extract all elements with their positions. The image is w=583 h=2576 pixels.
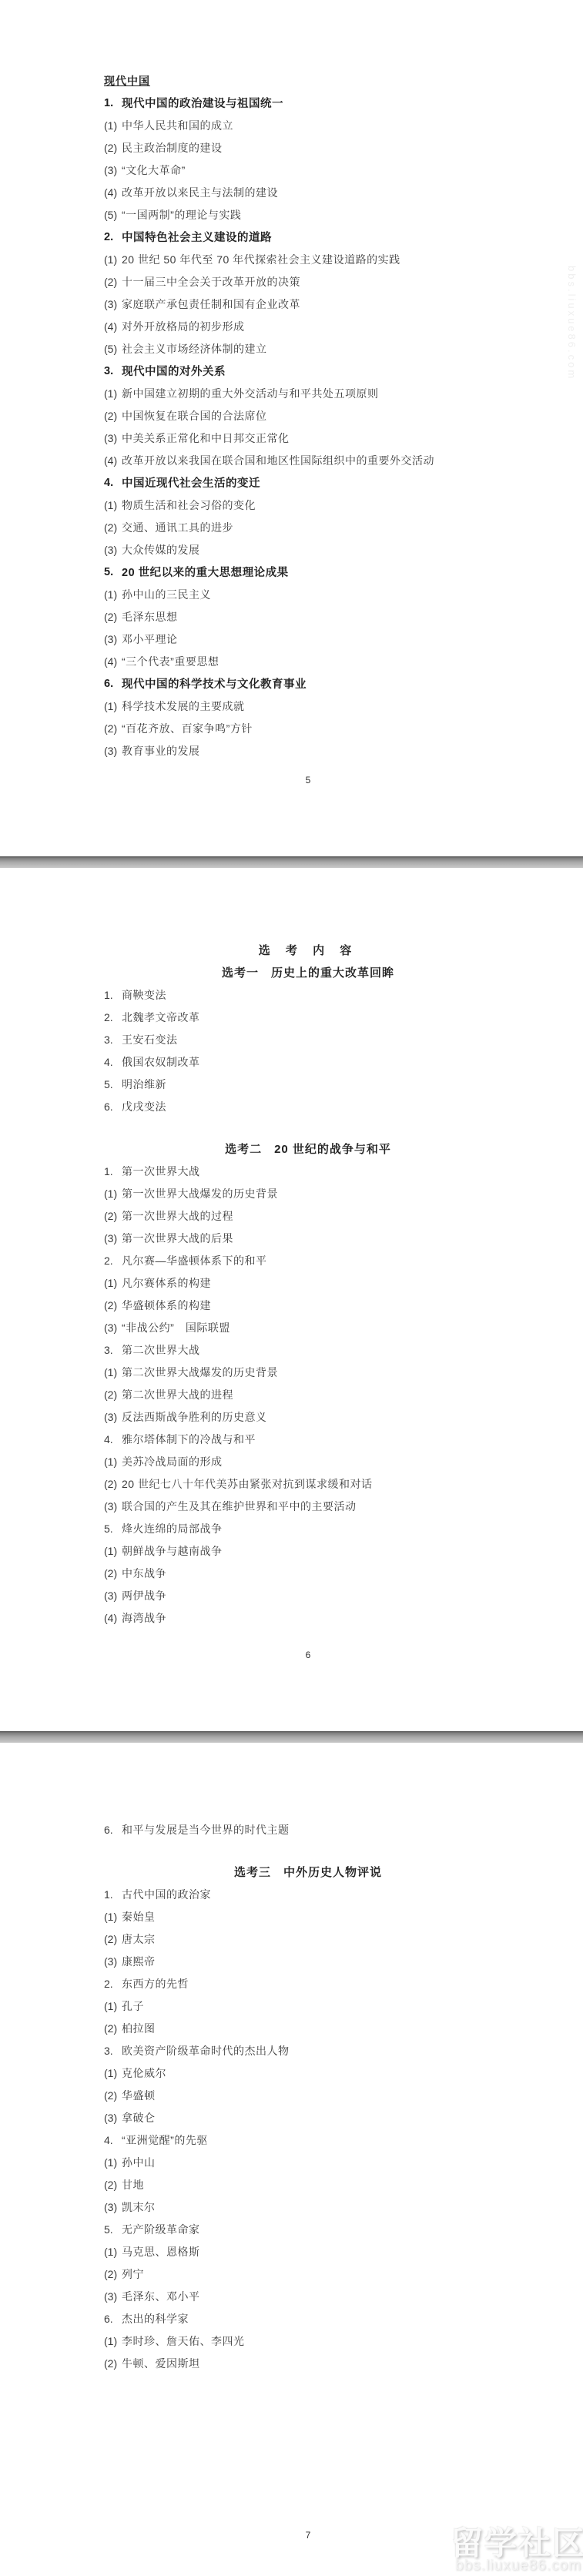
item-number: (3): [104, 633, 122, 645]
item-text: 20 世纪以来的重大思想理论成果: [122, 564, 289, 580]
outline-item: (2)华盛顿: [0, 2084, 583, 2106]
item-number: (1): [104, 119, 122, 132]
outline-item: (4)对外开放格局的初步形成: [0, 315, 583, 337]
outline-item: (2)第二次世界大战的进程: [0, 1383, 583, 1405]
item-text: 北魏孝文帝改革: [122, 1010, 200, 1025]
outline-item: (1)孙中山的三民主义: [0, 583, 583, 605]
item-number: (2): [104, 2179, 122, 2191]
item-number: (2): [104, 276, 122, 288]
item-text: 凡尔赛—华盛顿体系下的和平: [122, 1253, 267, 1268]
item-text: 现代中国的政治建设与祖国统一: [122, 95, 283, 111]
outline-item: 4.“亚洲觉醒”的先驱: [0, 2129, 583, 2151]
item-text: 中国近现代社会生活的变迁: [122, 474, 260, 491]
outline-item: 5.烽火连绵的局部战争: [0, 1517, 583, 1539]
edge-watermark: bbs.liuxue86.com: [566, 266, 578, 380]
item-text: 马克思、恩格斯: [122, 2244, 200, 2259]
item-number: 5.: [104, 566, 122, 578]
item-text: 联合国的产生及其在维护世界和平中的主要活动: [122, 1499, 357, 1514]
item-text: 毛泽东、邓小平: [122, 2289, 200, 2304]
item-number: (1): [104, 2067, 122, 2079]
item-number: (3): [104, 544, 122, 556]
item-text: 孔子: [122, 1998, 144, 2014]
item-text: “亚洲觉醒”的先驱: [122, 2132, 208, 2148]
item-number: (2): [104, 142, 122, 154]
item-text: 朝鲜战争与越南战争: [122, 1543, 223, 1559]
outline-item: (3)凯末尔: [0, 2196, 583, 2218]
item-text: 克伦威尔: [122, 2065, 166, 2081]
item-text: 邓小平理论: [122, 631, 178, 647]
item-text: 中美关系正常化和中日邦交正常化: [122, 430, 290, 446]
outline-item: (2)中国恢复在联合国的合法席位: [0, 404, 583, 427]
item-text: 社会主义市场经济体制的建立: [122, 341, 267, 357]
watermark-url: bbs.liuxue86.com: [451, 2558, 583, 2573]
item-text: “文化大革命”: [122, 162, 186, 178]
outline-item: (3)中美关系正常化和中日邦交正常化: [0, 427, 583, 449]
item-text: “百花齐放、百家争鸣”方针: [122, 721, 253, 736]
item-text: 李时珍、詹天佑、李四光: [122, 2333, 245, 2349]
outline-item: (3)两伊战争: [0, 1584, 583, 1606]
outline-item: (2)“百花齐放、百家争鸣”方针: [0, 717, 583, 739]
item-number: 1.: [104, 1165, 122, 1177]
item-number: (3): [104, 2112, 122, 2124]
outline-item: (2)甘地: [0, 2173, 583, 2196]
outline-item: (1)凡尔赛体系的构建: [0, 1271, 583, 1294]
item-number: 4.: [104, 477, 122, 489]
item-number: 3.: [104, 1344, 122, 1356]
item-text: 俄国农奴制改革: [122, 1054, 200, 1070]
item-number: 5.: [104, 1522, 122, 1535]
item-number: (1): [104, 2246, 122, 2258]
item-text: 毛泽东思想: [122, 609, 178, 625]
center-heading-row: 选考三 中外历史人物评说: [0, 1861, 583, 1883]
item-number: 6.: [104, 678, 122, 690]
section-heading: 4.中国近现代社会生活的变迁: [0, 471, 583, 494]
item-number: 1.: [104, 97, 122, 109]
item-number: 6.: [104, 2313, 122, 2325]
item-text: 家庭联产承包责任制和国有企业改革: [122, 296, 300, 312]
item-text: “三个代表”重要思想: [122, 654, 219, 669]
outline-item: (3)大众传媒的发展: [0, 538, 583, 561]
item-text: 中东战争: [122, 1566, 166, 1581]
outline-item: (2)第一次世界大战的过程: [0, 1204, 583, 1227]
item-text: 现代中国的科学技术与文化教育事业: [122, 675, 307, 692]
item-number: (3): [104, 1321, 122, 1334]
outline-item: (3)反法西斯战争胜利的历史意义: [0, 1405, 583, 1428]
item-text: 第一次世界大战爆发的历史背景: [122, 1186, 278, 1201]
document-page: 现代中国1.现代中国的政治建设与祖国统一(1)中华人民共和国的成立(2)民主政治…: [0, 0, 583, 856]
item-text: 戊戌变法: [122, 1099, 166, 1114]
item-text: 古代中国的政治家: [122, 1887, 211, 1902]
item-text: 烽火连绵的局部战争: [122, 1521, 223, 1536]
item-text: 雅尔塔体制下的冷战与和平: [122, 1432, 256, 1447]
outline-item: (1)第一次世界大战爆发的历史背景: [0, 1182, 583, 1204]
item-number: (2): [104, 1567, 122, 1579]
item-text: 改革开放以来民主与法制的建设: [122, 185, 278, 200]
item-number: 3.: [104, 2045, 122, 2057]
item-number: (3): [104, 432, 122, 444]
outline-item: (5)社会主义市场经济体制的建立: [0, 337, 583, 360]
item-number: (3): [104, 1232, 122, 1244]
item-number: (3): [104, 1411, 122, 1423]
item-number: (1): [104, 700, 122, 712]
item-number: (1): [104, 588, 122, 601]
item-number: 4.: [104, 1433, 122, 1445]
outline-item: (1)李时珍、詹天佑、李四光: [0, 2330, 583, 2352]
outline-item: (1)克伦威尔: [0, 2062, 583, 2084]
item-number: 6.: [104, 1824, 122, 1836]
item-number: (1): [104, 387, 122, 400]
item-text: 改革开放以来我国在联合国和地区性国际组织中的重要外交活动: [122, 453, 434, 468]
item-number: (1): [104, 499, 122, 511]
item-text: 新中国建立初期的重大外交活动与和平共处五项原则: [122, 386, 379, 401]
outline-item: (1)中华人民共和国的成立: [0, 114, 583, 136]
item-number: 1.: [104, 989, 122, 1001]
outline-item: (1)20 世纪 50 年代至 70 年代探索社会主义建设道路的实践: [0, 248, 583, 270]
item-text: 现代中国的对外关系: [122, 363, 226, 379]
outline-item: (2)柏拉图: [0, 2017, 583, 2039]
item-number: (1): [104, 1545, 122, 1557]
item-text: 两伊战争: [122, 1588, 166, 1603]
outline-item: (4)海湾战争: [0, 1606, 583, 1629]
blank-line: [0, 1117, 583, 1137]
item-number: (1): [104, 1455, 122, 1468]
item-number: (2): [104, 410, 122, 422]
item-number: (3): [104, 2290, 122, 2303]
outline-item: (1)新中国建立初期的重大外交活动与和平共处五项原则: [0, 382, 583, 404]
item-text: 列宁: [122, 2266, 144, 2282]
item-number: (2): [104, 2268, 122, 2280]
outline-item: 5.明治维新: [0, 1073, 583, 1095]
item-text: 拿破仑: [122, 2110, 156, 2125]
outline-item: (2)列宁: [0, 2263, 583, 2285]
elective-section-heading: 选考二 20 世纪的战争与和平: [225, 1141, 391, 1157]
item-text: 唐太宗: [122, 1931, 156, 1947]
item-text: 教育事业的发展: [122, 743, 200, 759]
item-number: 6.: [104, 1100, 122, 1113]
outline-item: (1)朝鲜战争与越南战争: [0, 1539, 583, 1562]
outline-item: (1)美苏冷战局面的形成: [0, 1450, 583, 1472]
item-number: (4): [104, 186, 122, 199]
item-text: “非战公约” 国际联盟: [122, 1320, 230, 1335]
item-text: 凡尔赛体系的构建: [122, 1275, 211, 1291]
item-text: 美苏冷战局面的形成: [122, 1454, 223, 1469]
item-number: 2.: [104, 1255, 122, 1267]
item-text: 第一次世界大战: [122, 1164, 200, 1179]
item-text: 王安石变法: [122, 1032, 178, 1047]
page-separator: [0, 856, 583, 868]
outline-item: (3)联合国的产生及其在维护世界和平中的主要活动: [0, 1495, 583, 1517]
outline-item: (1)第二次世界大战爆发的历史背景: [0, 1361, 583, 1383]
item-text: 华盛顿: [122, 2088, 156, 2103]
outline-item: (4)“三个代表”重要思想: [0, 650, 583, 672]
section-heading: 2.中国特色社会主义建设的道路: [0, 226, 583, 248]
document-view: 现代中国1.现代中国的政治建设与祖国统一(1)中华人民共和国的成立(2)民主政治…: [0, 0, 583, 2576]
outline-item: (1)物质生活和社会习俗的变化: [0, 494, 583, 516]
item-text: 甘地: [122, 2177, 144, 2192]
outline-item: 6.戊戌变法: [0, 1095, 583, 1117]
outline-item: (3)第一次世界大战的后果: [0, 1227, 583, 1249]
item-number: (2): [104, 722, 122, 735]
item-text: 柏拉图: [122, 2021, 156, 2036]
outline-item: 6.和平与发展是当今世界的时代主题: [0, 1818, 583, 1841]
outline-item: (2)唐太宗: [0, 1928, 583, 1950]
center-heading-row: 选考二 20 世纪的战争与和平: [0, 1137, 583, 1160]
outline-item: 3.第二次世界大战: [0, 1338, 583, 1361]
outline-item: (2)牛顿、爱因斯坦: [0, 2352, 583, 2374]
item-number: (2): [104, 1299, 122, 1311]
item-text: 秦始皇: [122, 1909, 156, 1924]
item-text: 科学技术发展的主要成就: [122, 698, 245, 714]
item-number: (2): [104, 2022, 122, 2035]
outline-item: (2)华盛顿体系的构建: [0, 1294, 583, 1316]
page-separator: [0, 1731, 583, 1743]
outline-item: 1.商鞅变法: [0, 983, 583, 1006]
item-number: (2): [104, 2357, 122, 2370]
outline-item: (3)拿破仑: [0, 2106, 583, 2129]
page-number: 6: [104, 1644, 512, 1667]
outline-item: 3.欧美资产阶级革命时代的杰出人物: [0, 2039, 583, 2062]
item-number: (1): [104, 1188, 122, 1200]
outline-item: (3)教育事业的发展: [0, 739, 583, 762]
item-text: 对外开放格局的初步形成: [122, 319, 245, 334]
item-text: 凯末尔: [122, 2199, 156, 2215]
section-heading: 1.现代中国的政治建设与祖国统一: [0, 92, 583, 114]
item-number: (4): [104, 320, 122, 333]
item-number: (2): [104, 1933, 122, 1945]
item-text: 无产阶级革命家: [122, 2222, 200, 2237]
outline-item: 2.凡尔赛—华盛顿体系下的和平: [0, 1249, 583, 1271]
blank-line: [0, 1841, 583, 1861]
outline-item: (2)毛泽东思想: [0, 605, 583, 628]
item-number: (5): [104, 209, 122, 221]
outline-item: (1)科学技术发展的主要成就: [0, 695, 583, 717]
outline-item: 6.杰出的科学家: [0, 2307, 583, 2330]
item-text: 第二次世界大战的进程: [122, 1387, 233, 1402]
item-number: 1.: [104, 1888, 122, 1901]
item-text: 和平与发展是当今世界的时代主题: [122, 1822, 290, 1837]
item-number: 5.: [104, 1078, 122, 1090]
item-number: (1): [104, 1366, 122, 1378]
item-number: (2): [104, 521, 122, 534]
outline-item: (2)中东战争: [0, 1562, 583, 1584]
outline-item: (3)康熙帝: [0, 1950, 583, 1972]
item-number: (3): [104, 1500, 122, 1512]
item-number: 2.: [104, 1978, 122, 1990]
item-text: 杰出的科学家: [122, 2311, 189, 2326]
outline-item: (3)“非战公约” 国际联盟: [0, 1316, 583, 1338]
outline-item: (1)马克思、恩格斯: [0, 2240, 583, 2263]
outline-item: (3)邓小平理论: [0, 628, 583, 650]
item-text: 第二次世界大战: [122, 1342, 200, 1358]
item-number: (2): [104, 2089, 122, 2102]
outline-item: (2)十一届三中全会关于改革开放的决策: [0, 270, 583, 293]
section-heading: 6.现代中国的科学技术与文化教育事业: [0, 672, 583, 695]
center-title-row: 选 考 内 容: [0, 939, 583, 961]
item-number: 3.: [104, 365, 122, 377]
item-text: 大众传媒的发展: [122, 542, 200, 558]
item-number: (4): [104, 1612, 122, 1624]
item-number: 3.: [104, 1033, 122, 1046]
item-number: 4.: [104, 2134, 122, 2146]
item-text: 东西方的先哲: [122, 1976, 189, 1991]
item-text: 20 世纪七八十年代美苏由紧张对抗到谋求缓和对话: [122, 1476, 372, 1492]
doc-title-row: 现代中国: [0, 69, 583, 92]
scanned-pages: 现代中国1.现代中国的政治建设与祖国统一(1)中华人民共和国的成立(2)民主政治…: [0, 0, 583, 2576]
document-page: 选 考 内 容选考一 历史上的重大改革回眸1.商鞅变法2.北魏孝文帝改革3.王安…: [0, 868, 583, 1731]
outline-item: (2)交通、通讯工具的进步: [0, 516, 583, 538]
item-number: (1): [104, 1277, 122, 1289]
outline-item: 2.北魏孝文帝改革: [0, 1006, 583, 1028]
outline-item: (3)家庭联产承包责任制和国有企业改革: [0, 293, 583, 315]
item-number: (3): [104, 298, 122, 310]
outline-item: 1.第一次世界大战: [0, 1160, 583, 1182]
page-number: 5: [104, 769, 512, 792]
watermark-logo: 留学社区: [451, 2527, 583, 2560]
item-text: 华盛顿体系的构建: [122, 1298, 211, 1313]
outline-item: 1.古代中国的政治家: [0, 1883, 583, 1905]
item-text: 康熙帝: [122, 1954, 156, 1969]
item-text: 第二次世界大战爆发的历史背景: [122, 1365, 278, 1380]
item-text: 欧美资产阶级革命时代的杰出人物: [122, 2043, 290, 2058]
item-number: 5.: [104, 2223, 122, 2236]
section-heading: 3.现代中国的对外关系: [0, 360, 583, 382]
item-number: (3): [104, 1589, 122, 1602]
item-number: 2.: [104, 1011, 122, 1023]
item-text: 十一届三中全会关于改革开放的决策: [122, 274, 300, 290]
item-number: (4): [104, 655, 122, 668]
item-text: 中华人民共和国的成立: [122, 118, 233, 133]
outline-item: (1)秦始皇: [0, 1905, 583, 1928]
outline-item: (4)改革开放以来我国在联合国和地区性国际组织中的重要外交活动: [0, 449, 583, 471]
item-number: (3): [104, 2201, 122, 2213]
item-text: 20 世纪 50 年代至 70 年代探索社会主义建设道路的实践: [122, 252, 400, 267]
elective-section-heading: 选考三 中外历史人物评说: [234, 1864, 382, 1880]
item-text: 商鞅变法: [122, 987, 166, 1003]
item-text: 孙中山的三民主义: [122, 587, 211, 602]
outline-item: (1)孔子: [0, 1995, 583, 2017]
item-text: 牛顿、爱因斯坦: [122, 2356, 200, 2371]
outline-item: 2.东西方的先哲: [0, 1972, 583, 1995]
outline-item: 3.王安石变法: [0, 1028, 583, 1050]
item-text: 第一次世界大战的后果: [122, 1231, 233, 1246]
outline-item: (4)改革开放以来民主与法制的建设: [0, 181, 583, 203]
item-number: (1): [104, 2335, 122, 2347]
item-text: 民主政治制度的建设: [122, 140, 223, 156]
item-text: 中国恢复在联合国的合法席位: [122, 408, 267, 424]
item-text: 中国特色社会主义建设的道路: [122, 229, 272, 245]
outline-item: 5.无产阶级革命家: [0, 2218, 583, 2240]
outline-item: (2)20 世纪七八十年代美苏由紧张对抗到谋求缓和对话: [0, 1472, 583, 1495]
elective-section-heading: 选考一 历史上的重大改革回眸: [222, 964, 394, 980]
outline-item: 4.俄国农奴制改革: [0, 1050, 583, 1073]
outline-item: 4.雅尔塔体制下的冷战与和平: [0, 1428, 583, 1450]
item-number: 4.: [104, 1056, 122, 1068]
item-text: 明治维新: [122, 1077, 166, 1092]
item-number: (4): [104, 454, 122, 467]
outline-item: (3)“文化大革命”: [0, 159, 583, 181]
item-number: (1): [104, 2000, 122, 2012]
item-text: 第一次世界大战的过程: [122, 1208, 233, 1224]
item-number: (2): [104, 1210, 122, 1222]
content-part-title: 选 考 内 容: [259, 942, 358, 958]
item-text: 孙中山: [122, 2155, 156, 2170]
item-number: (2): [104, 611, 122, 623]
item-number: (2): [104, 1478, 122, 1490]
center-heading-row: 选考一 历史上的重大改革回眸: [0, 961, 583, 983]
outline-item: (1)孙中山: [0, 2151, 583, 2173]
item-number: 2.: [104, 231, 122, 243]
item-number: (1): [104, 253, 122, 266]
document-title: 现代中国: [104, 73, 150, 89]
item-number: (1): [104, 1911, 122, 1923]
item-text: “一国两制”的理论与实践: [122, 207, 241, 223]
document-page: 6.和平与发展是当今世界的时代主题选考三 中外历史人物评说1.古代中国的政治家(…: [0, 1743, 583, 2576]
outline-item: (5)“一国两制”的理论与实践: [0, 203, 583, 226]
item-number: (2): [104, 1388, 122, 1401]
item-text: 反法西斯战争胜利的历史意义: [122, 1409, 267, 1425]
item-text: 海湾战争: [122, 1610, 166, 1626]
outline-item: (2)民主政治制度的建设: [0, 136, 583, 159]
site-watermark: 留学社区 bbs.liuxue86.com: [451, 2527, 583, 2573]
item-text: 交通、通讯工具的进步: [122, 520, 233, 535]
item-number: (5): [104, 343, 122, 355]
section-heading: 5.20 世纪以来的重大思想理论成果: [0, 561, 583, 583]
item-number: (3): [104, 164, 122, 176]
item-text: 物质生活和社会习俗的变化: [122, 497, 256, 513]
item-number: (1): [104, 2156, 122, 2169]
item-number: (3): [104, 1955, 122, 1968]
item-number: (3): [104, 745, 122, 757]
outline-item: (3)毛泽东、邓小平: [0, 2285, 583, 2307]
